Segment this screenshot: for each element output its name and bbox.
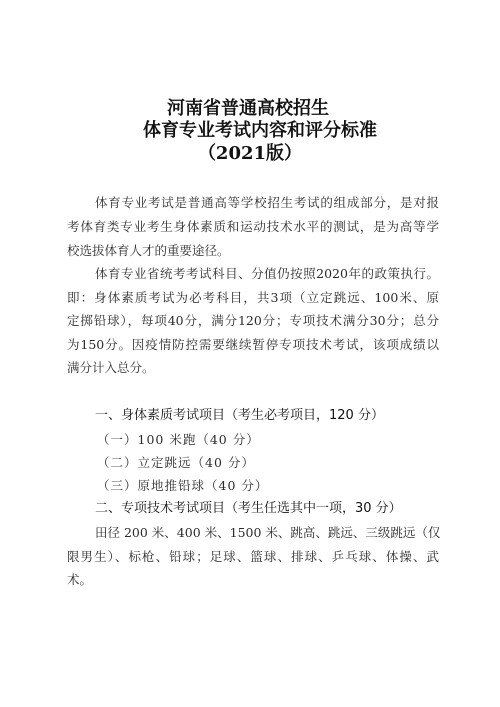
paragraph-2-line-2: 即：身体素质考试为必考科目，共3项（立定跳远、100米、原 bbox=[67, 289, 439, 307]
paragraph-1-line-1: 体育专业考试是普通高等学校招生考试的组成部分，是对报 bbox=[95, 194, 439, 212]
document-title-edition: （2021版） bbox=[0, 143, 500, 165]
section-2-heading: 二、专项技术考试项目（考生任选其中一项，30 分） bbox=[95, 500, 402, 518]
paragraph-2-line-1: 体育专业省统考考试科目、分值仍按照2020年的政策执行。 bbox=[95, 265, 439, 283]
document-title-line-2: 体育专业考试内容和评分标准 bbox=[10, 120, 500, 142]
paragraph-2-line-5: 满分计入总分。 bbox=[67, 359, 439, 377]
section-2-line-3: 术。 bbox=[67, 571, 439, 589]
paragraph-1-line-2: 考体育类专业考生身体素质和运动技术水平的测试，是为高等学 bbox=[67, 218, 439, 236]
section-2-line-2: 限男生）、标枪、铅球；足球、篮球、排球、乒乓球、体操、武 bbox=[67, 548, 439, 566]
paragraph-1-line-3: 校选拔体育人才的重要途径。 bbox=[67, 242, 439, 260]
document-page: 河南省普通高校招生 体育专业考试内容和评分标准 （2021版） 体育专业考试是普… bbox=[0, 0, 500, 707]
section-1-item-2: （二）立定跳远（40 分） bbox=[97, 454, 255, 472]
paragraph-2-line-3: 定掷铅球），每项40分，满分120分；专项技术满分30分；总分 bbox=[67, 312, 439, 330]
section-2-line-1: 田径 200 米、400 米、1500 米、跳高、跳远、三级跳远（仅 bbox=[95, 524, 439, 542]
paragraph-2-line-4: 为150分。因疫情防控需要继续暂停专项技术考试，该项成绩以 bbox=[67, 336, 439, 354]
section-1-item-1: （一）100 米跑（40 分） bbox=[97, 431, 260, 449]
section-1-item-3: （三）原地推铅球（40 分） bbox=[97, 477, 268, 495]
document-title-line-1: 河南省普通高校招生 bbox=[0, 98, 498, 120]
section-1-heading: 一、身体素质考试项目（考生必考项目，120 分） bbox=[95, 407, 384, 425]
